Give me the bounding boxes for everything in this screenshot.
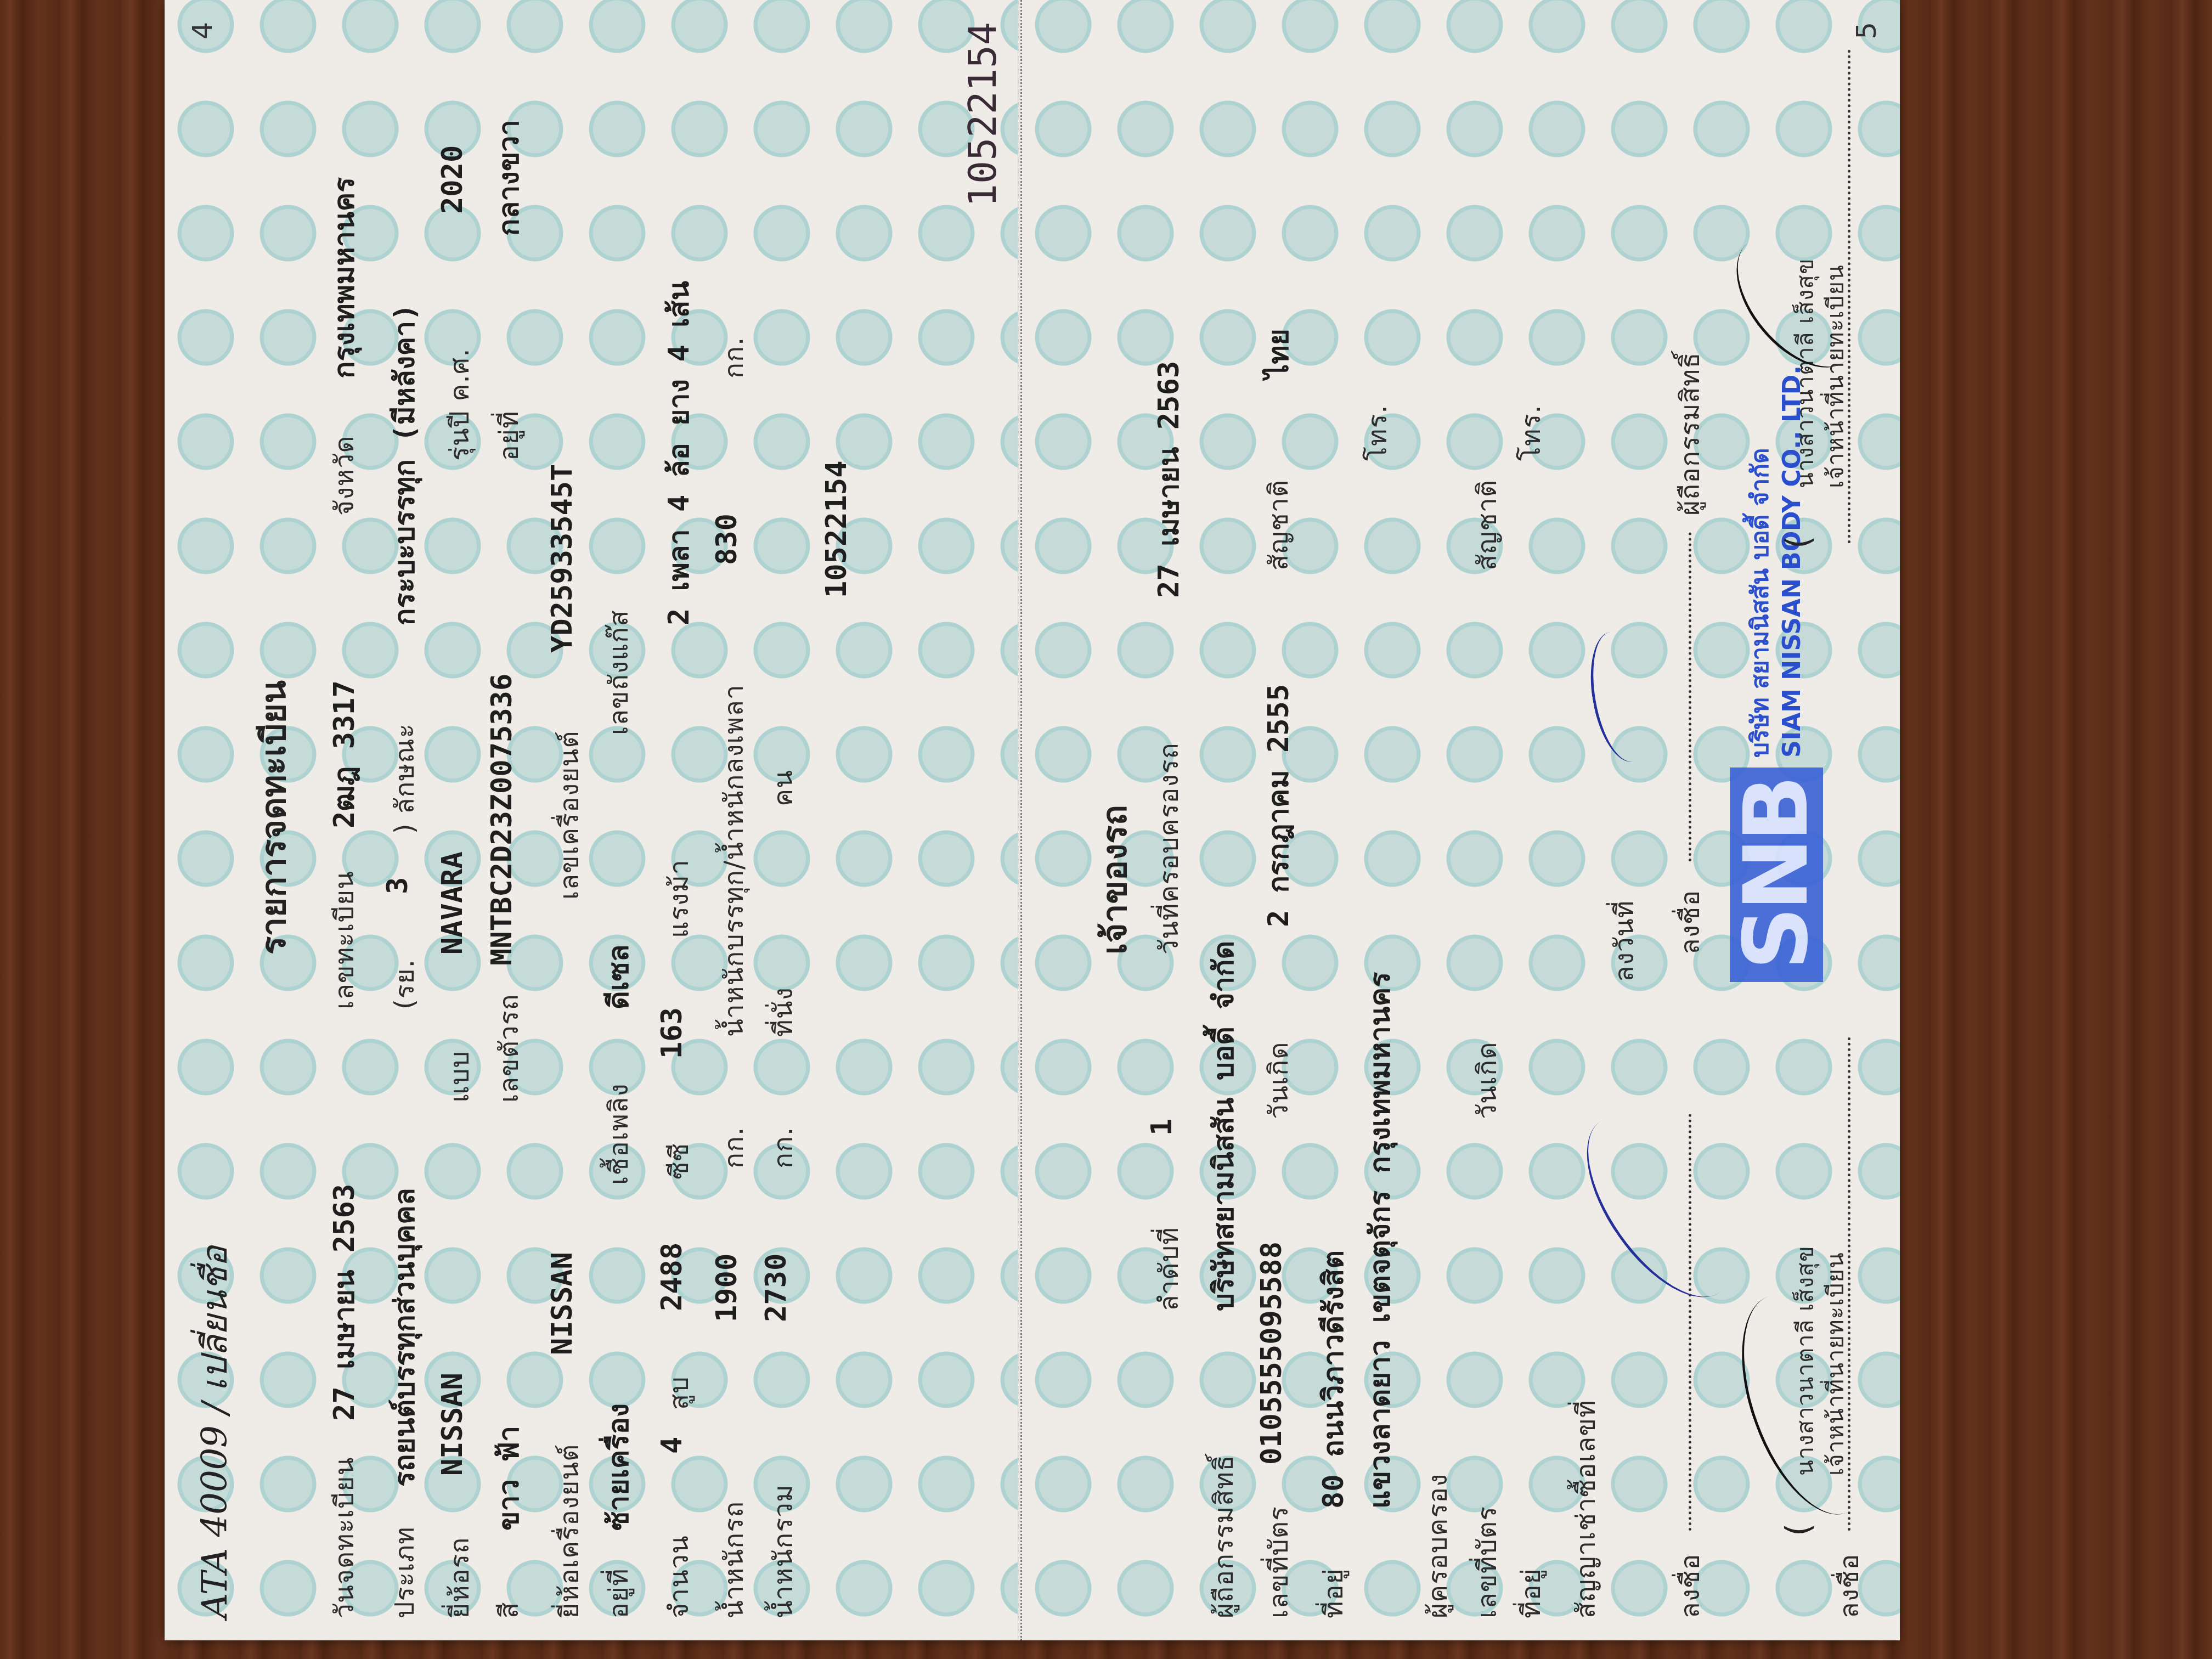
total-weight: 2730 [760, 1254, 793, 1322]
body-style: กระบะบรรทุก (มีหลังคา) [381, 303, 427, 625]
hire-purchase-label: สัญญาเช่าซื้อเลขที่ [1565, 1400, 1607, 1618]
gas-tank-number-label: เลขถังแก๊ส [598, 610, 640, 735]
brand: NISSAN [436, 1373, 469, 1476]
owner-nationality-label: สัญชาติ [1258, 479, 1300, 571]
vehicle-weight: 1900 [710, 1254, 743, 1322]
seats-label: ที่นั่ง [763, 987, 804, 1037]
page-owner-details: เจ้าของรถ ลำดับที่ 1 วันที่ครอบครองรถ 27… [1020, 0, 1900, 1640]
sign-role: ผู้ถือกรรมสิทธิ์ [1669, 352, 1711, 516]
signature-holder [1582, 627, 1661, 767]
load-weight: 830 [710, 513, 743, 565]
brand-label: ยี่ห้อรถ [439, 1537, 481, 1618]
load-weight-label: น้ำหนักบรรทุก/น้ำหนักลงเพลา [713, 684, 755, 1037]
chassis-number: MNTBC2D23Z0075336 [486, 674, 518, 966]
owner: บริษัทสยามนิสสัน บอดี้ จำกัด [1200, 941, 1246, 1311]
document-number: 10522154 [820, 461, 853, 598]
color-label: สี [488, 1602, 530, 1618]
possessor-id-label: เลขที่บัตร [1466, 1506, 1508, 1618]
model-year-label: รุ่นปี ค.ศ. [439, 348, 481, 461]
engine-number: YD25933545T [546, 464, 579, 653]
possessor-address-label: ที่อยู่ [1510, 1568, 1552, 1618]
handwritten-note: ATA 40009 / เปลี่ยนชื่อ [187, 1246, 242, 1618]
registration-number-label: เลขทะเบียน [324, 871, 365, 1009]
owner-label: ผู้ถือกรรมสิทธิ์ [1203, 1454, 1245, 1618]
possessor-phone-label: โทร. [1510, 405, 1552, 461]
possessor-nationality-label: สัญชาติ [1466, 479, 1508, 571]
section-title: รายการจดทะเบียน [247, 680, 301, 955]
fuel: ดีเซล [595, 944, 641, 1009]
load-weight-unit: กก. [713, 337, 755, 379]
vehicle-weight-label: น้ำหนักรถ [713, 1501, 755, 1618]
owner-id-label: เลขที่บัตร [1258, 1506, 1300, 1618]
owner-nationality: ไทย [1255, 329, 1301, 379]
sequence-label: ลำดับที่ [1148, 1227, 1190, 1311]
date-signed-label: ลงวันที่ [1604, 900, 1645, 982]
registration-number: 2ฒฎ 3317 [321, 680, 366, 828]
fuel-label: เชื้อเพลิง [598, 1083, 640, 1185]
page-number: 5 [1850, 22, 1882, 39]
registration-date-label: วันจดทะเบียน [324, 1457, 365, 1618]
cc: 2488 [656, 1243, 689, 1311]
cylinders-label: จำนวน [658, 1535, 700, 1618]
vehicle-class: 3 [381, 877, 414, 894]
owner-birth: 2 กรกฎาคม 2555 [1255, 684, 1301, 927]
owner-address-label: ที่อยู่ [1313, 1568, 1355, 1618]
model: NAVARA [436, 851, 469, 955]
engine-brand-label: ยี่ห้อเครื่องยนต์ [549, 1444, 590, 1618]
page-number: 4 [187, 22, 218, 39]
signature-line-middle [1689, 532, 1691, 861]
body-style-label: ) ลักษณะ [384, 724, 426, 834]
serial-number-stamp: 10522154 [960, 22, 1005, 207]
horsepower-label: แรงม้า [658, 859, 700, 938]
total-weight-label: น้ำหนักรวม [763, 1484, 804, 1618]
sign-left-label: ลงชื่อ [1669, 1554, 1711, 1618]
section-title: เจ้าของรถ [1088, 805, 1142, 955]
vehicle-weight-unit: กก. [713, 1127, 755, 1169]
cc-label: ซีซี [658, 1143, 700, 1180]
vehicle-type: รถยนต์บรรทุกส่วนบุคคล [381, 1188, 427, 1487]
snb-logo-icon: SNB [1730, 768, 1823, 982]
possessor-birth-label: วันเกิด [1466, 1042, 1508, 1119]
owner-id: 0105555095588 [1255, 1242, 1288, 1465]
chassis-number-label: เลขตัวรถ [488, 994, 530, 1103]
engine-location: ซ้ายเครื่อง [595, 1403, 641, 1531]
horsepower: 163 [656, 1007, 689, 1059]
cylinders-unit: สูบ [658, 1376, 700, 1410]
cylinders: 4 [656, 1437, 689, 1454]
province: กรุงเทพมหานคร [321, 177, 366, 379]
seats-unit: คน [763, 770, 804, 806]
total-weight-unit: กก. [763, 1127, 804, 1169]
engine-location-label: อยู่ที่ [598, 1568, 640, 1618]
vehicle-class-label: (รย. [384, 959, 426, 1009]
axles-wheels: 2 เพลา 4 ล้อ ยาง 4 เส้น [656, 281, 701, 625]
model-label: แบบ [439, 1051, 481, 1103]
sequence: 1 [1145, 1119, 1178, 1136]
possession-date: 27 เมษายน 2563 [1145, 361, 1191, 598]
page-registration-details: ATA 40009 / เปลี่ยนชื่อ 4 รายการจดทะเบีย… [165, 0, 1020, 1640]
engine-brand: NISSAN [546, 1252, 579, 1355]
sign-middle-label: ลงชื่อ [1669, 890, 1711, 955]
sign-bottom-label: ลงชื่อ [1829, 1554, 1870, 1618]
signature-owner [1559, 1092, 1762, 1321]
chassis-location: กลางขวา [486, 120, 531, 236]
chassis-location-label: อยู่ที่ [488, 410, 530, 461]
registration-date: 27 เมษายน 2563 [321, 1184, 366, 1421]
stamp-thai: บริษัท สยามนิสสัน บอดี้ จำกัด [1745, 365, 1776, 758]
owner-phone-label: โทร. [1357, 405, 1398, 461]
vehicle-type-label: ประเภท [384, 1526, 426, 1618]
province-label: จังหวัด [324, 436, 365, 516]
color: ขาว ฟ้า [486, 1426, 531, 1531]
owner-address-line2: แขวงลาดยาว เขตจตุจักร กรุงเทพมหานคร [1357, 972, 1402, 1509]
owner-address: 80 ถนนวิภาวดีรังสิต [1310, 1250, 1356, 1509]
model-year: 2020 [436, 145, 469, 214]
registration-booklet: ATA 40009 / เปลี่ยนชื่อ 4 รายการจดทะเบีย… [165, 0, 1898, 1640]
engine-number-label: เลขเครื่องยนต์ [549, 731, 590, 900]
possessor-label: ผู้ครอบครอง [1417, 1474, 1459, 1618]
possession-date-label: วันที่ครอบครองรถ [1148, 742, 1190, 955]
owner-birth-label: วันเกิด [1258, 1042, 1300, 1119]
signature-officer-left [1716, 1277, 1900, 1532]
